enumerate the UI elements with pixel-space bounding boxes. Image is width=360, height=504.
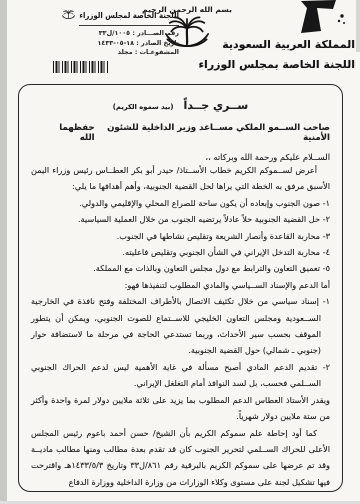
- letterhead-right: المملكة العربية السعودية اللجنة الخاصة ب…: [205, 0, 355, 75]
- classification-level: ســري جــداً: [184, 99, 249, 112]
- committee-name-calligraphy: اللجنة الخاصة بمجلس الوزراء: [205, 55, 355, 75]
- support-heading: أما الدعم والإسناد الســياسي والمادي الم…: [31, 277, 330, 293]
- document-frame: ســري جــداً (بيد سموه الكريم) صاحب السـ…: [18, 84, 343, 492]
- classification-line: ســري جــداً (بيد سموه الكريم): [31, 94, 330, 113]
- goal-item-4: ٤- محاربة التدخل الإيراني في الشأن الجنو…: [31, 244, 330, 260]
- outgoing-date-field: تاريخ الصادر : ‭١٤٣٣-٠٥-١٨‬: [13, 39, 179, 49]
- greeting-line: الســلام عليكم ورحمة الله وبركاته ،،: [31, 152, 330, 162]
- paragraph-intro: أعرض لســموكم الكريم خطاب الأســتاذ/ حيد…: [31, 162, 330, 195]
- scan-edge-left: [0, 0, 7, 504]
- register-fields: رقم الصـــادر : ‭٣٣ل/١٠٠٥‬ تاريخ الصادر …: [13, 29, 179, 58]
- attachments-field: المشفوعـات : مجلد: [13, 48, 179, 58]
- outgoing-number-value: ‭٣٣ل/١٠٠٥‬: [99, 29, 130, 37]
- kingdom-name-calligraphy: المملكة العربية السعودية: [205, 35, 355, 55]
- outgoing-number-field: رقم الصـــادر : ‭٣٣ل/١٠٠٥‬: [13, 29, 179, 39]
- goal-item-1: ١- صون الجنوب وإبعاده أن يكون ساحة للصرا…: [31, 195, 330, 211]
- outgoing-date-value: ‭١٤٣٣-٠٥-١٨‬: [98, 39, 135, 47]
- attachments-value: مجلد: [118, 48, 133, 56]
- addressee-title: صاحب الســمو الملكي مســاعد وزير الداخلي…: [95, 123, 330, 143]
- scanned-letter-page: بسم الله الرحمن الرحيم: [0, 0, 360, 504]
- committee-title-row: اللجنة الخاصة لمجلس الوزراء: [79, 9, 179, 26]
- blessing: حفظهما الله: [45, 123, 95, 143]
- outgoing-date-label: تاريخ الصادر :: [136, 39, 179, 47]
- support-item-1: ١- إسناد سياسي من خلال تكثيف الاتصال بال…: [31, 293, 330, 359]
- goal-item-3: ٣- محاربة القاعدة وأنصار الشريعة وتقليص …: [31, 228, 330, 244]
- goal-item-5: ٥- تعميق التعاون والترابط مع دول مجلس ال…: [31, 260, 330, 276]
- letterhead-left: اللجنة الخاصة لمجلس الوزراء رقم الصـــاد…: [13, 9, 179, 73]
- ink-stamp-mark: [273, 0, 349, 34]
- classification-note: (بيد سموه الكريم): [113, 103, 174, 111]
- committee-title-calligraphy: اللجنة الخاصة لمجلس الوزراء: [79, 12, 179, 21]
- support-item-2: ٢- تقديم الدعم المادي أصبح مسألة في غاية…: [31, 359, 330, 392]
- paragraph-estimate: ويقدر الأستاذ العطاس الدعم المطلوب بما ي…: [31, 392, 330, 425]
- palm-emblem-mini-icon: [61, 9, 76, 23]
- outgoing-number-label: رقم الصـــادر :: [132, 29, 179, 37]
- paragraph-closing: كما أود إحاطة علم سموكم الكريم بأن الشيخ…: [31, 425, 330, 491]
- attachments-label: المشفوعـات :: [135, 48, 179, 56]
- letterhead: بسم الله الرحمن الرحيم: [7, 0, 360, 84]
- addressee-line: صاحب الســمو الملكي مســاعد وزير الداخلي…: [31, 123, 330, 143]
- barcode: [53, 61, 109, 73]
- goal-item-2: ٢- حل القضية الجنوبية حلاً عادلاً يرتضيه…: [31, 211, 330, 227]
